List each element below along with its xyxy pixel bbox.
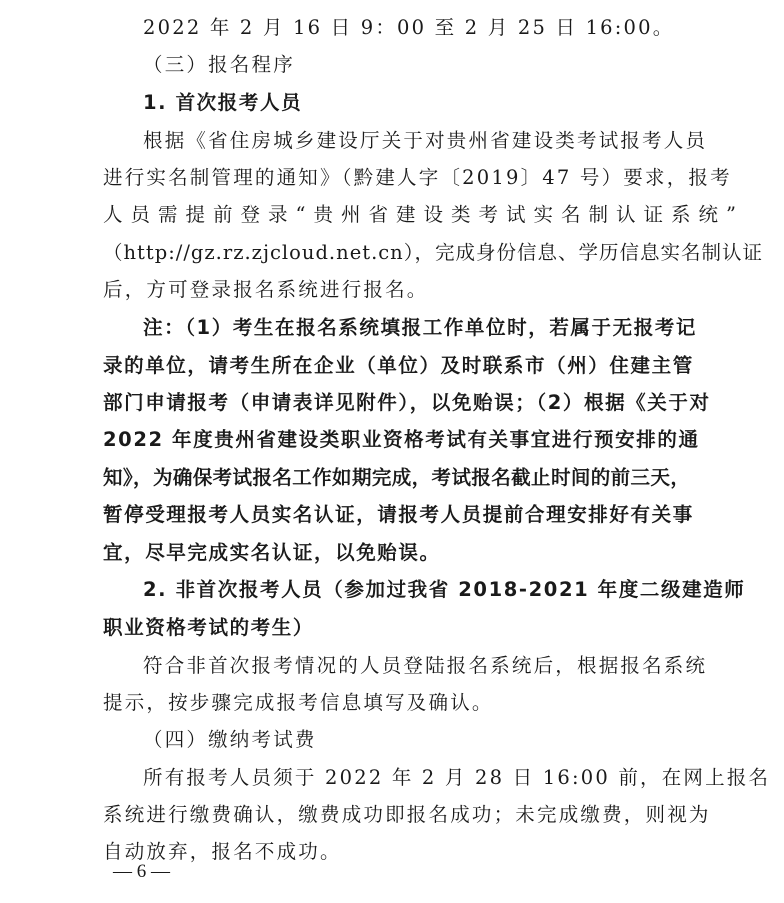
subheading-first-time-applicants: 1. 首次报考人员	[143, 85, 302, 121]
paragraph-line-url: （http://gz.rz.zjcloud.net.cn），完成身份信息、学历信…	[103, 235, 763, 271]
note-line: 注：（1）考生在报名系统填报工作单位时，若属于无报考记	[143, 310, 697, 346]
note-line: 暂停受理报考人员实名认证，请报考人员提前合理安排好有关事	[103, 497, 694, 533]
note-line: 录的单位，请考生所在企业（单位）及时联系市（州）住建主管	[103, 348, 694, 384]
note-line: 部门申请报考（申请表详见附件），以免贻误；（2）根据《关于对	[103, 385, 711, 421]
paragraph-line: 提示，按步骤完成报考信息填写及确认。	[103, 685, 494, 721]
subheading-returning-applicants-cont: 职业资格考试的考生）	[103, 610, 314, 646]
note-line: 知》，为确保考试报名工作如期完成，考试报名截止时间的前三天，	[103, 460, 690, 496]
paragraph-line: 根据《省住房城乡建设厅关于对贵州省建设类考试报考人员	[143, 123, 707, 159]
paragraph-line: 人员需提前登录“贵州省建设类考试实名制认证系统”	[103, 197, 744, 233]
paragraph-line: 系统进行缴费确认，缴费成功即报名成功；未完成缴费，则视为	[103, 797, 711, 833]
section-heading-registration-procedure: （三）报名程序	[143, 47, 295, 83]
note-line: 2022 年度贵州省建设类职业资格考试有关事宜进行预安排的通	[103, 422, 700, 458]
section-heading-exam-fee: （四）缴纳考试费	[143, 722, 317, 758]
paragraph-line: 符合非首次报考情况的人员登陆报名系统后，根据报名系统	[143, 648, 707, 684]
paragraph-line: 进行实名制管理的通知》（黔建人字〔2019〕47 号）要求，报考	[103, 160, 732, 196]
note-line: 宜，尽早完成实名认证，以免贻误。	[103, 535, 441, 571]
paragraph-line: 所有报考人员须于 2022 年 2 月 28 日 16:00 前，在网上报名	[143, 760, 770, 796]
paragraph-line: 后，方可登录报名系统进行报名。	[103, 272, 429, 308]
subheading-returning-applicants: 2. 非首次报考人员（参加过我省 2018-2021 年度二级建造师	[143, 572, 745, 608]
registration-period-line: 2022 年 2 月 16 日 9：00 至 2 月 25 日 16:00。	[143, 10, 674, 46]
page-number: — 6 —	[113, 856, 170, 888]
